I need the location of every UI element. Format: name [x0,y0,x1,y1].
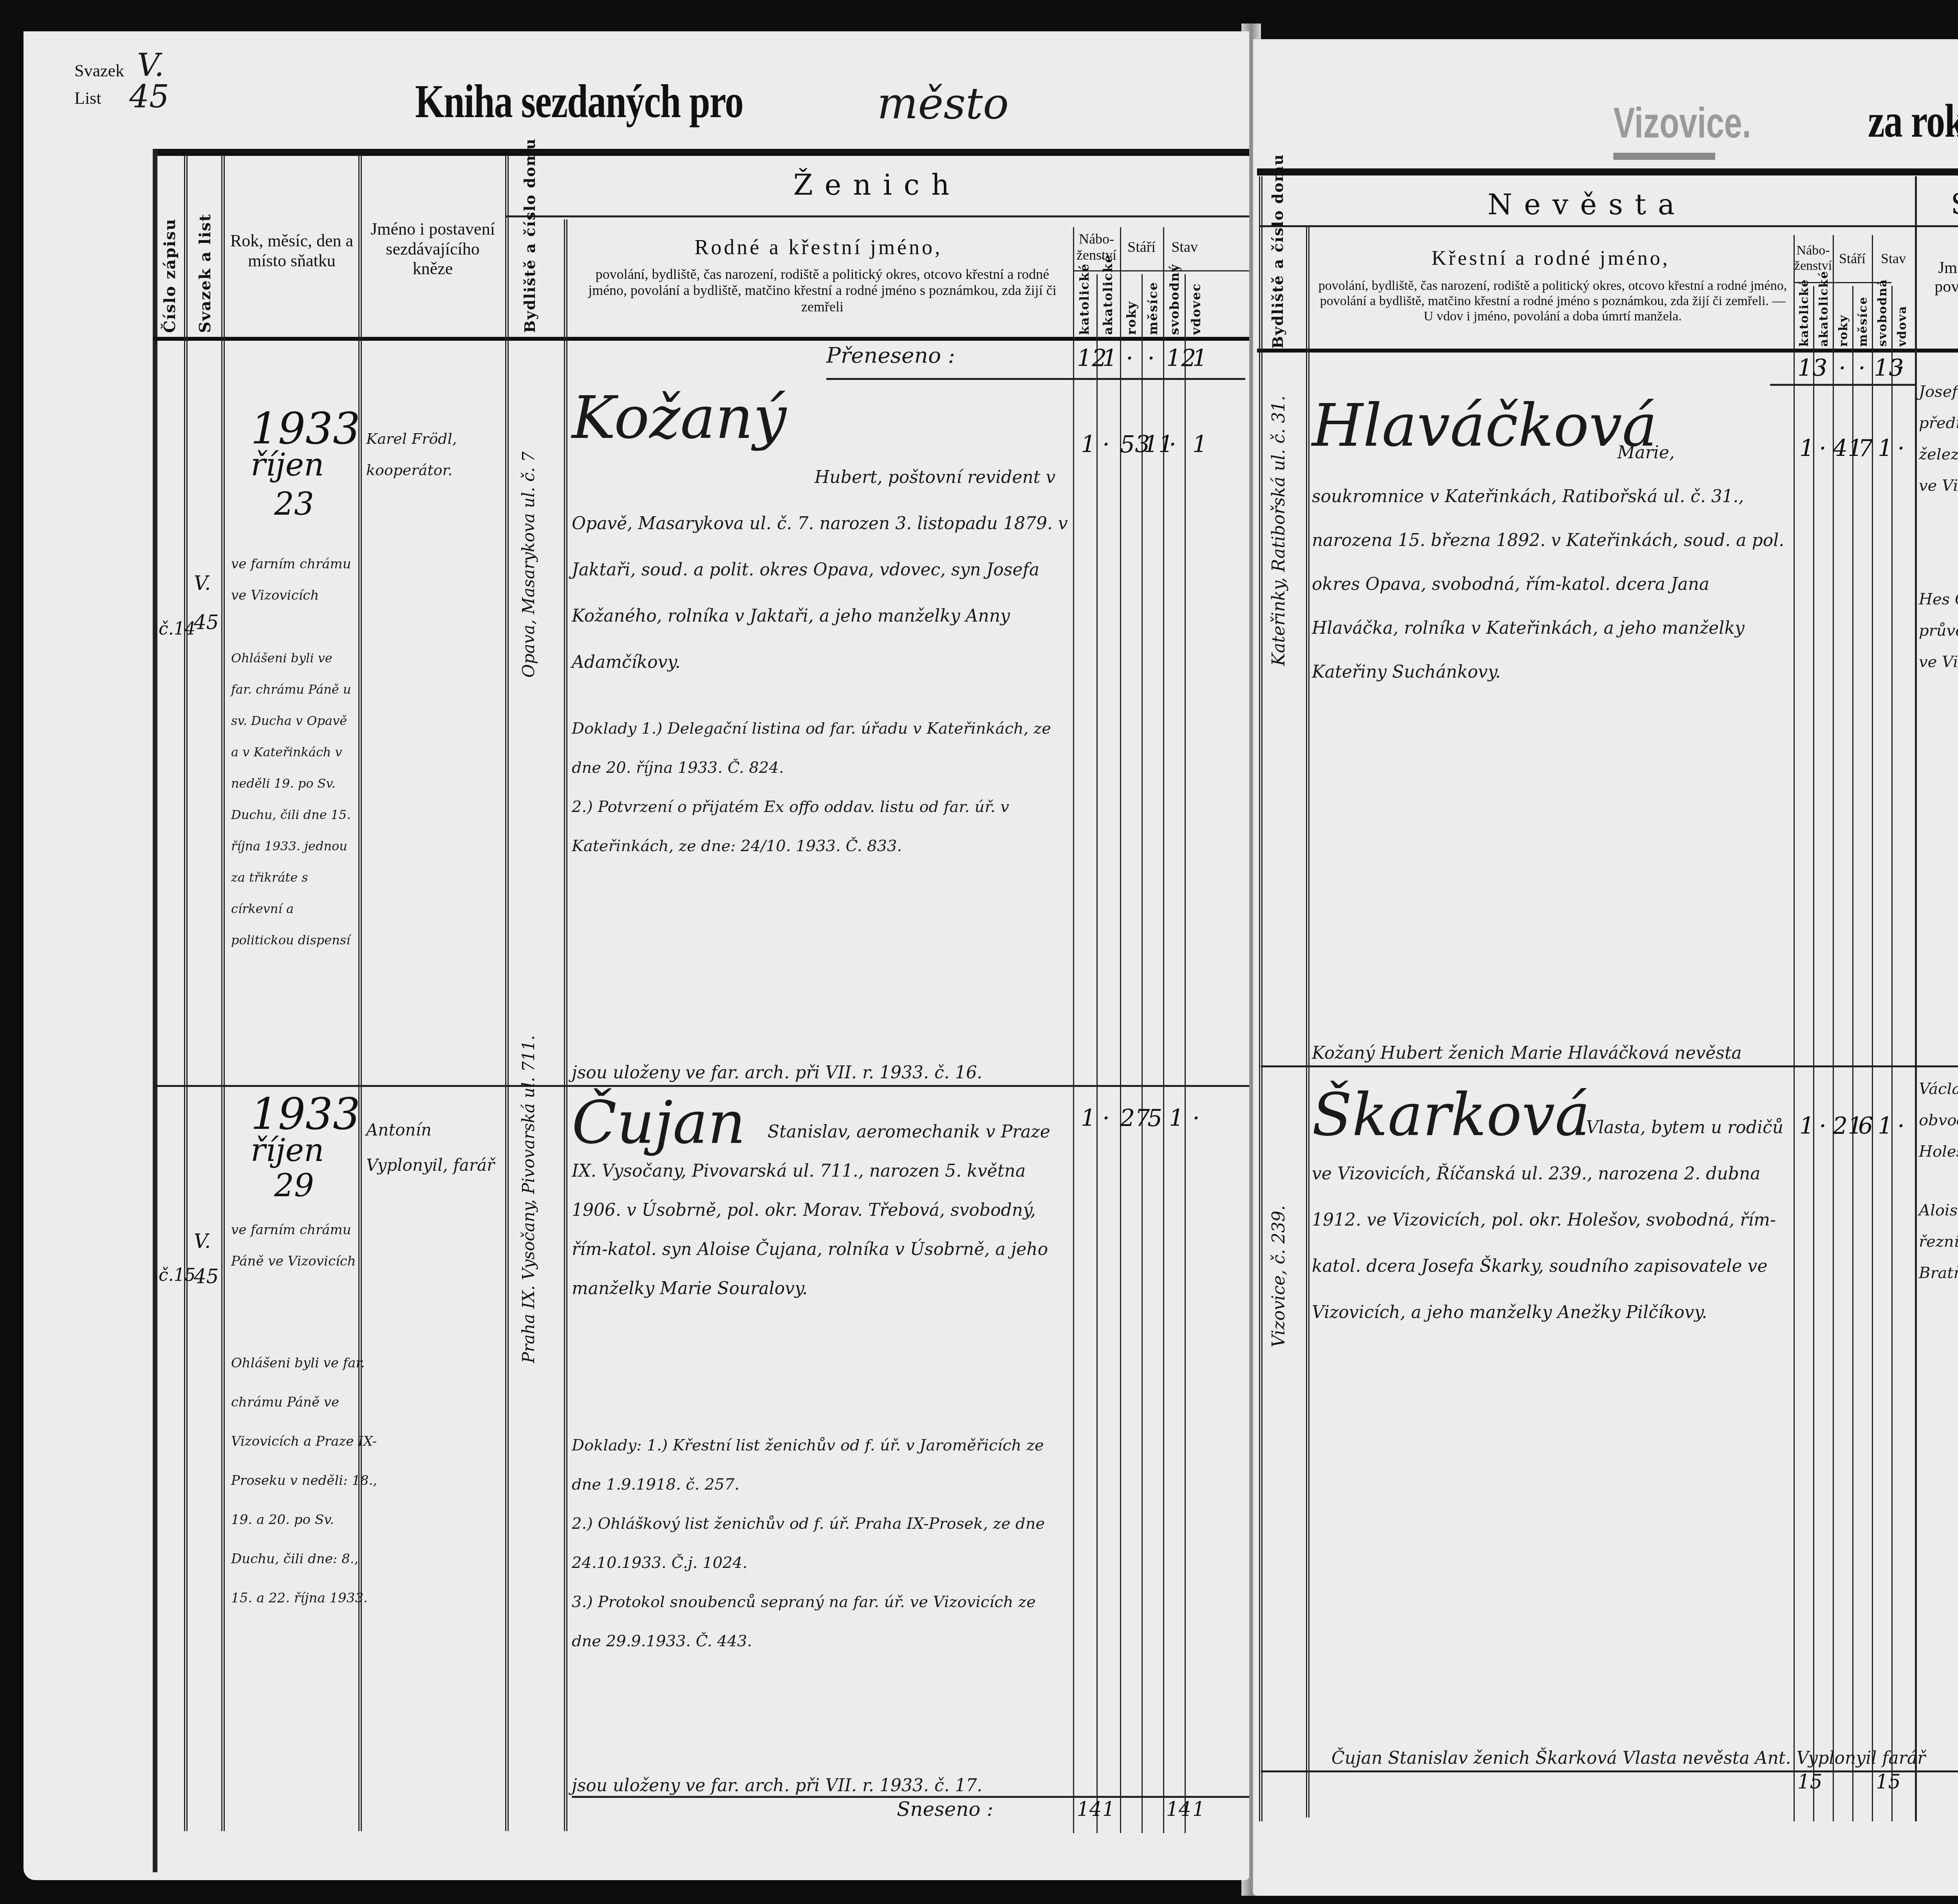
entry-2-groom-residence: Praha IX. Vysočany, Pivovarská ul. 711. [519,1097,538,1363]
header-krestni-jmeno-desc: povolání, bydliště, čas narození, rodišt… [1316,278,1790,324]
section-nevesta: Nevěsta [1259,188,1915,221]
entry-2-banns: Ohlášeni byli ve far. chrámu Páně ve Viz… [231,1343,380,1618]
header-rok-mesic: Rok, měsíc, den a místo sňatku [229,231,354,271]
entry-2-witness-1: Václav Čujan obvodní montéra v Holešově. [1919,1073,1958,1167]
entry-2-priest: Antonín Vyplonyil, farář [366,1112,499,1183]
header-vdovec: vdovec [1189,290,1203,335]
entry-2-signatures: Čujan Stanislav ženich Škarková Vlasta n… [1331,1735,1958,1781]
section-zenich: Ženich [505,168,1249,201]
entry-1-groom-docs: Doklady 1.) Delegační listina od far. úř… [572,709,1069,866]
header-bottom-border [153,337,1249,341]
header-nevesta-nabozenstvi: Nábo-ženství [1794,243,1833,273]
right-page: Vizovice. za rok 19 33 Nevěsta Svědci By… [1253,39,1958,1896]
header-stari: Stáří [1120,239,1163,256]
header-mesice: měsíce [1145,290,1160,335]
header-svedci-jmeno: Jméno a příjmení, povolání a bydliště [1919,259,1958,297]
entry-separator [157,1085,1249,1087]
entry-1-place: ve farním chrámu ve Vizovicích [231,548,356,611]
section-svedci: Svědci [1915,188,1958,221]
page-title: Kniha sezdaných pro [415,74,743,128]
entry-2-witness-2: Alois Pikuž řezník v Bratřejově. [1919,1195,1958,1289]
entry-1-bride-residence: Kateřinky, Ratibořská ul. č. 31. [1269,392,1289,666]
entry-1-groom-residence: Opava, Masarykova ul. č. 7 [519,423,538,678]
header-akatolicke: akatolické [1100,278,1115,335]
header-katolicke: katolické [1077,282,1092,335]
entry-1-banns: Ohlášeni byli ve far. chrámu Páně u sv. … [231,642,356,956]
header-stav: Stav [1163,239,1206,256]
header-svazek-a-list: Svazek a list [196,208,214,333]
list-value: 45 [129,78,169,115]
place-stamp: Vizovice. [1613,98,1751,148]
entry-1-witness-1: Josef Kotelka přednosta železniční stani… [1919,376,1958,501]
header-nevesta-bydliste: Bydliště a číslo domu [1269,259,1286,349]
entry-2-groom-docs: Doklady: 1.) Křestní list ženichův od f.… [572,1426,1069,1661]
title-place: město [877,78,1009,128]
header-krestni-jmeno: Křestní a rodné jméno, [1312,247,1790,270]
list-label: List [74,88,101,108]
entry-2-bride-residence: Vizovice, č. 239. [1269,1073,1289,1347]
entry-2-groom-text: Stanislav, aeromechanik v Praze IX. Vyso… [572,1112,1069,1308]
stamp-underline [1613,153,1715,160]
entry-2-place: ve farním chrámu Páně ve Vizovicích [231,1214,356,1277]
header-cislo-zapisu: Číslo zápisu [161,219,179,333]
entry-1-groom-text: Hubert, poštovní revident v Opavě, Masar… [572,454,1069,685]
entry-1-groom-surname: Kožaný [572,384,786,452]
entry-2-bride-text: Vlasta, bytem u rodičů ve Vizovicích, Ří… [1312,1105,1790,1336]
left-page: Svazek V. List 45 Kniha sezdaných pro mě… [23,31,1249,1880]
header-rodne-jmeno: Rodné a křestní jméno, [572,235,1065,259]
carried-over-label: Přeneseno : [826,343,955,368]
entry-1-signatures: Kožaný Hubert ženich Marie Hlaváčková ne… [1312,1030,1958,1076]
header-jmeno-knez: Jméno i postavení sezdávajícího kněze [366,219,499,279]
summary-label: Sneseno : [897,1798,993,1821]
table-left-border [153,149,157,1872]
entry-1-witness-2: Hes Čeněk průvodčí vlaků v.v. ve Vizovic… [1919,584,1958,678]
entry-1-priest: Karel Frödl, kooperátor. [366,423,499,486]
table-top-border [153,149,1249,156]
header-rodne-jmeno-desc: povolání, bydliště, čas narození, rodišt… [580,266,1065,315]
svazek-label: Svazek [74,61,124,81]
header-svobodny: svobodný [1167,278,1182,335]
year-label: za rok 19 [1868,94,1958,148]
entry-1-bride-text: Marie, soukromnice v Kateřinkách, Ratibo… [1312,431,1790,694]
header-bydliste: Bydliště a číslo domu [521,235,538,333]
header-roky: roky [1124,302,1139,335]
